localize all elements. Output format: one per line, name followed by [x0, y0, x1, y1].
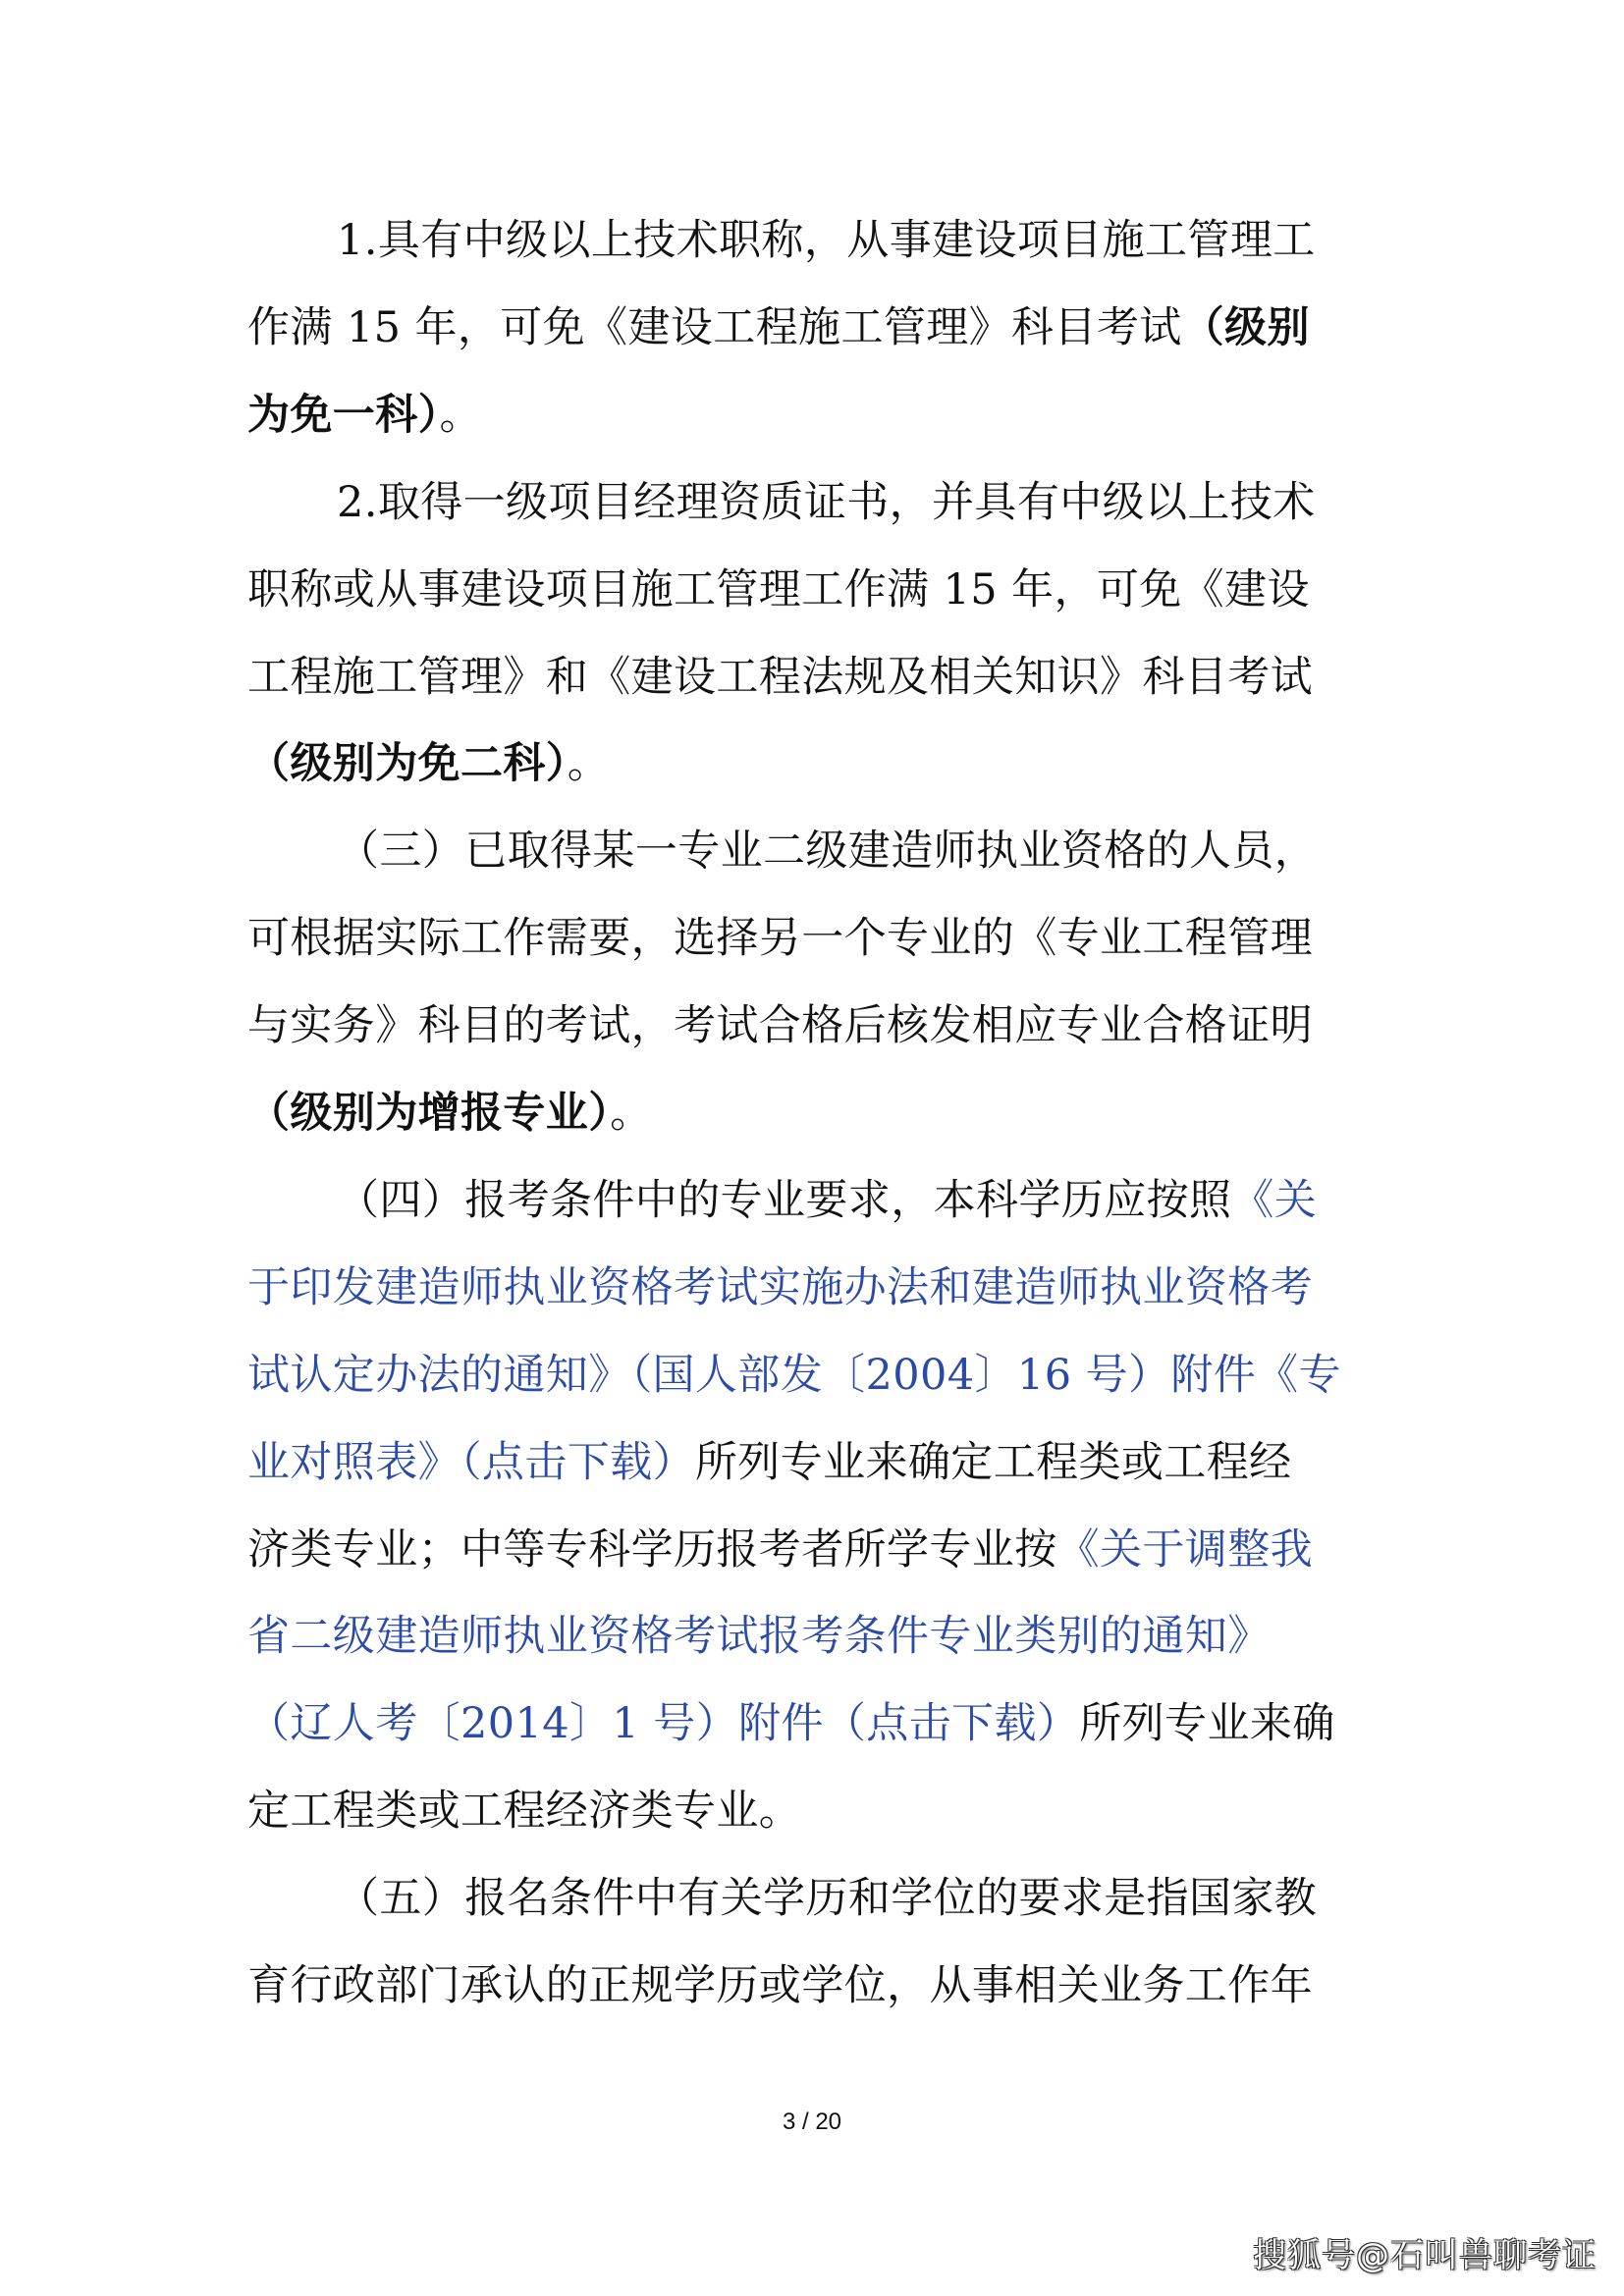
text-line: 工程施工管理》和《建设工程法规及相关知识》科目考试 — [247, 648, 1386, 707]
body-text: 1.具有中级以上技术职称，从事建设项目施工管理工 — [337, 216, 1316, 265]
download-link-text[interactable]: 《关于调整我 — [1057, 1525, 1313, 1575]
text-line: 可根据实际工作需要，选择另一个专业的《专业工程管理 — [247, 909, 1386, 968]
text-line: 定工程类或工程经济类专业。 — [247, 1782, 1386, 1841]
body-text: （五）报名条件中有关学历和学位的要求是指国家教 — [337, 1874, 1317, 1923]
text-line: （级别为免二科）。 — [247, 734, 1386, 793]
bold-level-note: （级别为增报专业） — [247, 1089, 610, 1138]
download-link-text[interactable]: （辽人考〔2014〕1 号）附件（点击下载） — [247, 1699, 1079, 1748]
body-text: 作满 15 年，可免《建设工程施工管理》科目考试 — [247, 303, 1182, 352]
text-line: 2.取得一级项目经理资质证书，并具有中级以上技术 — [337, 473, 1476, 532]
text-line: 业对照表》（点击下载）所列专业来确定工程类或工程经 — [247, 1433, 1386, 1492]
body-text: 育行政部门承认的正规学历或学位，从事相关业务工作年 — [247, 1961, 1313, 2010]
text-line: 省二级建造师执业资格考试报考条件专业类别的通知》 — [247, 1607, 1386, 1666]
body-text: 。 — [610, 1089, 652, 1138]
bold-level-note: （级别为免二科） — [247, 739, 568, 788]
body-text: 工程施工管理》和《建设工程法规及相关知识》科目考试 — [247, 653, 1313, 702]
body-text: 职称或从事建设项目施工管理工作满 15 年，可免《建设 — [247, 565, 1310, 614]
body-text: 所列专业来确 — [1079, 1699, 1334, 1748]
body-text: 定工程类或工程经济类专业。 — [247, 1787, 801, 1836]
download-link-text[interactable]: 业对照表》（点击下载） — [247, 1438, 695, 1487]
text-line: 试认定办法的通知》（国人部发〔2004〕16 号）附件《专 — [247, 1346, 1386, 1405]
text-line: 作满 15 年，可免《建设工程施工管理》科目考试（级别 — [247, 298, 1386, 357]
text-line: （级别为增报专业）。 — [247, 1084, 1386, 1143]
body-text: 所列专业来确定工程类或工程经 — [695, 1438, 1292, 1487]
text-line: 与实务》科目的考试，考试合格后核发相应专业合格证明 — [247, 996, 1386, 1055]
download-link-text[interactable]: 《关 — [1231, 1176, 1317, 1225]
body-text: （四）报考条件中的专业要求，本科学历应按照 — [337, 1176, 1231, 1225]
bold-level-note: 为免一科） — [247, 391, 440, 440]
download-link-text[interactable]: 试认定办法的通知》（国人部发〔2004〕16 号）附件《专 — [247, 1351, 1341, 1400]
body-text: 与实务》科目的考试，考试合格后核发相应专业合格证明 — [247, 1001, 1313, 1050]
text-line: 育行政部门承认的正规学历或学位，从事相关业务工作年 — [247, 1956, 1386, 2015]
body-text: （三）已取得某一专业二级建造师执业资格的人员， — [337, 827, 1317, 876]
text-line: 职称或从事建设项目施工管理工作满 15 年，可免《建设 — [247, 561, 1386, 619]
body-text: 2.取得一级项目经理资质证书，并具有中级以上技术 — [337, 478, 1316, 527]
watermark: 搜狐号@石叫兽聊考证 — [1253, 2228, 1597, 2276]
text-line: （三）已取得某一专业二级建造师执业资格的人员， — [337, 822, 1476, 881]
body-text: 。 — [440, 391, 482, 440]
body-text: 可根据实际工作需要，选择另一个专业的《专业工程管理 — [247, 914, 1313, 963]
page-number: 3 / 20 — [0, 2109, 1624, 2136]
text-line: 为免一科）。 — [247, 386, 1386, 445]
text-line: 1.具有中级以上技术职称，从事建设项目施工管理工 — [337, 211, 1476, 270]
body-text: 。 — [568, 739, 610, 788]
text-line: （五）报名条件中有关学历和学位的要求是指国家教 — [337, 1869, 1476, 1928]
text-line: （四）报考条件中的专业要求，本科学历应按照《关 — [337, 1171, 1476, 1230]
text-line: 济类专业；中等专科学历报考者所学专业按《关于调整我 — [247, 1521, 1386, 1579]
document-page: 1.具有中级以上技术职称，从事建设项目施工管理工作满 15 年，可免《建设工程施… — [0, 0, 1624, 2296]
bold-level-note: （级别 — [1182, 303, 1310, 352]
body-text: 济类专业；中等专科学历报考者所学专业按 — [247, 1525, 1057, 1575]
download-link-text[interactable]: 省二级建造师执业资格考试报考条件专业类别的通知》 — [247, 1612, 1271, 1661]
text-line: 于印发建造师执业资格考试实施办法和建造师执业资格考 — [247, 1258, 1386, 1317]
text-line: （辽人考〔2014〕1 号）附件（点击下载）所列专业来确 — [247, 1694, 1386, 1753]
download-link-text[interactable]: 于印发建造师执业资格考试实施办法和建造师执业资格考 — [247, 1263, 1313, 1312]
